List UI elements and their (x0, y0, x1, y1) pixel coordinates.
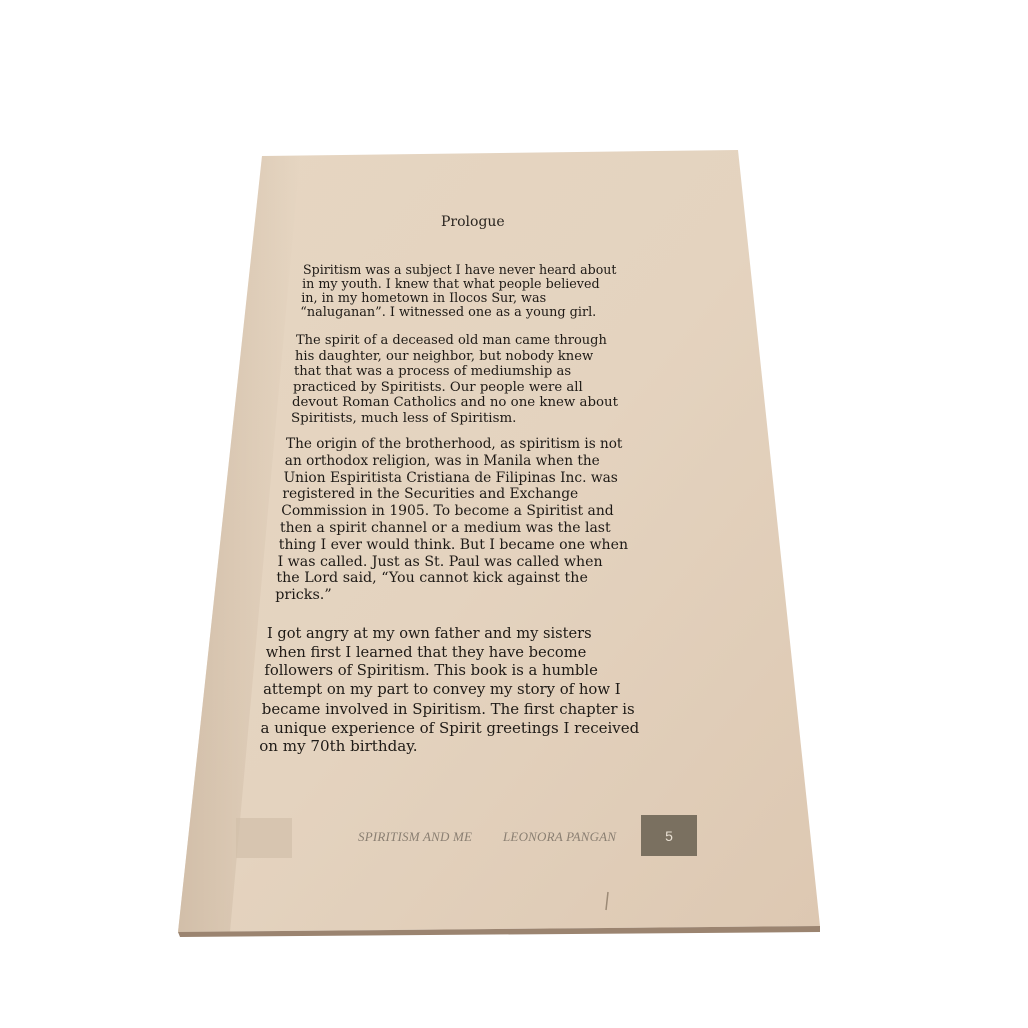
body-text-line: the Lord said, “You cannot kick against … (276, 570, 587, 586)
body-text-line: a unique experience of Spirit greetings … (261, 719, 640, 737)
body-text-line: practiced by Spiritists. Our people were… (293, 380, 583, 395)
body-text-line: Spiritists, much less of Spiritism. (291, 411, 516, 426)
body-text-line: registered in the Securities and Exchang… (282, 486, 578, 502)
body-text-line: in my youth. I knew that what people bel… (302, 276, 599, 291)
body-text-line: pricks.” (275, 587, 331, 603)
page-heading: Prologue (441, 214, 505, 230)
body-text-line: The origin of the brotherhood, as spirit… (286, 436, 622, 452)
body-text-line: Commission in 1905. To become a Spiritis… (281, 503, 614, 519)
page-number: 5 (641, 815, 697, 856)
body-text-line: then a spirit channel or a medium was th… (280, 520, 611, 536)
body-text-line: became involved in Spiritism. The first … (262, 700, 635, 718)
body-text-line: Union Espiritista Cristiana de Filipinas… (284, 470, 618, 486)
body-text-line: his daughter, our neighbor, but nobody k… (295, 349, 593, 364)
body-text-line: an orthodox religion, was in Manila when… (285, 453, 600, 469)
body-text-line: I got angry at my own father and my sist… (267, 625, 592, 642)
body-text-line: I was called. Just as St. Paul was calle… (278, 554, 603, 570)
body-text-line: devout Roman Catholics and no one knew a… (292, 395, 618, 410)
photo-stage: Spiritism was a subject I have never hea… (0, 0, 1028, 1028)
body-text-line: The spirit of a deceased old man came th… (296, 333, 607, 348)
body-text-line: when first I learned that they have beco… (266, 644, 587, 661)
body-text-line: in, in my hometown in Ilocos Sur, was (301, 291, 546, 306)
body-text-line: thing I ever would think. But I became o… (279, 537, 628, 553)
bleed-through-mark (236, 818, 292, 858)
body-text-line: that that was a process of mediumship as (294, 364, 571, 379)
body-text-line: on my 70th birthday. (259, 737, 417, 755)
body-text-line: Spiritism was a subject I have never hea… (303, 262, 616, 277)
body-text-line: attempt on my part to convey my story of… (263, 681, 621, 698)
footer-author: LEONORA PANGAN (503, 829, 616, 845)
footer-book-title: SPIRITISM AND ME (358, 829, 472, 845)
body-text-line: followers of Spiritism. This book is a h… (264, 662, 597, 679)
body-text-line: “naluganan”. I witnessed one as a young … (300, 305, 596, 320)
